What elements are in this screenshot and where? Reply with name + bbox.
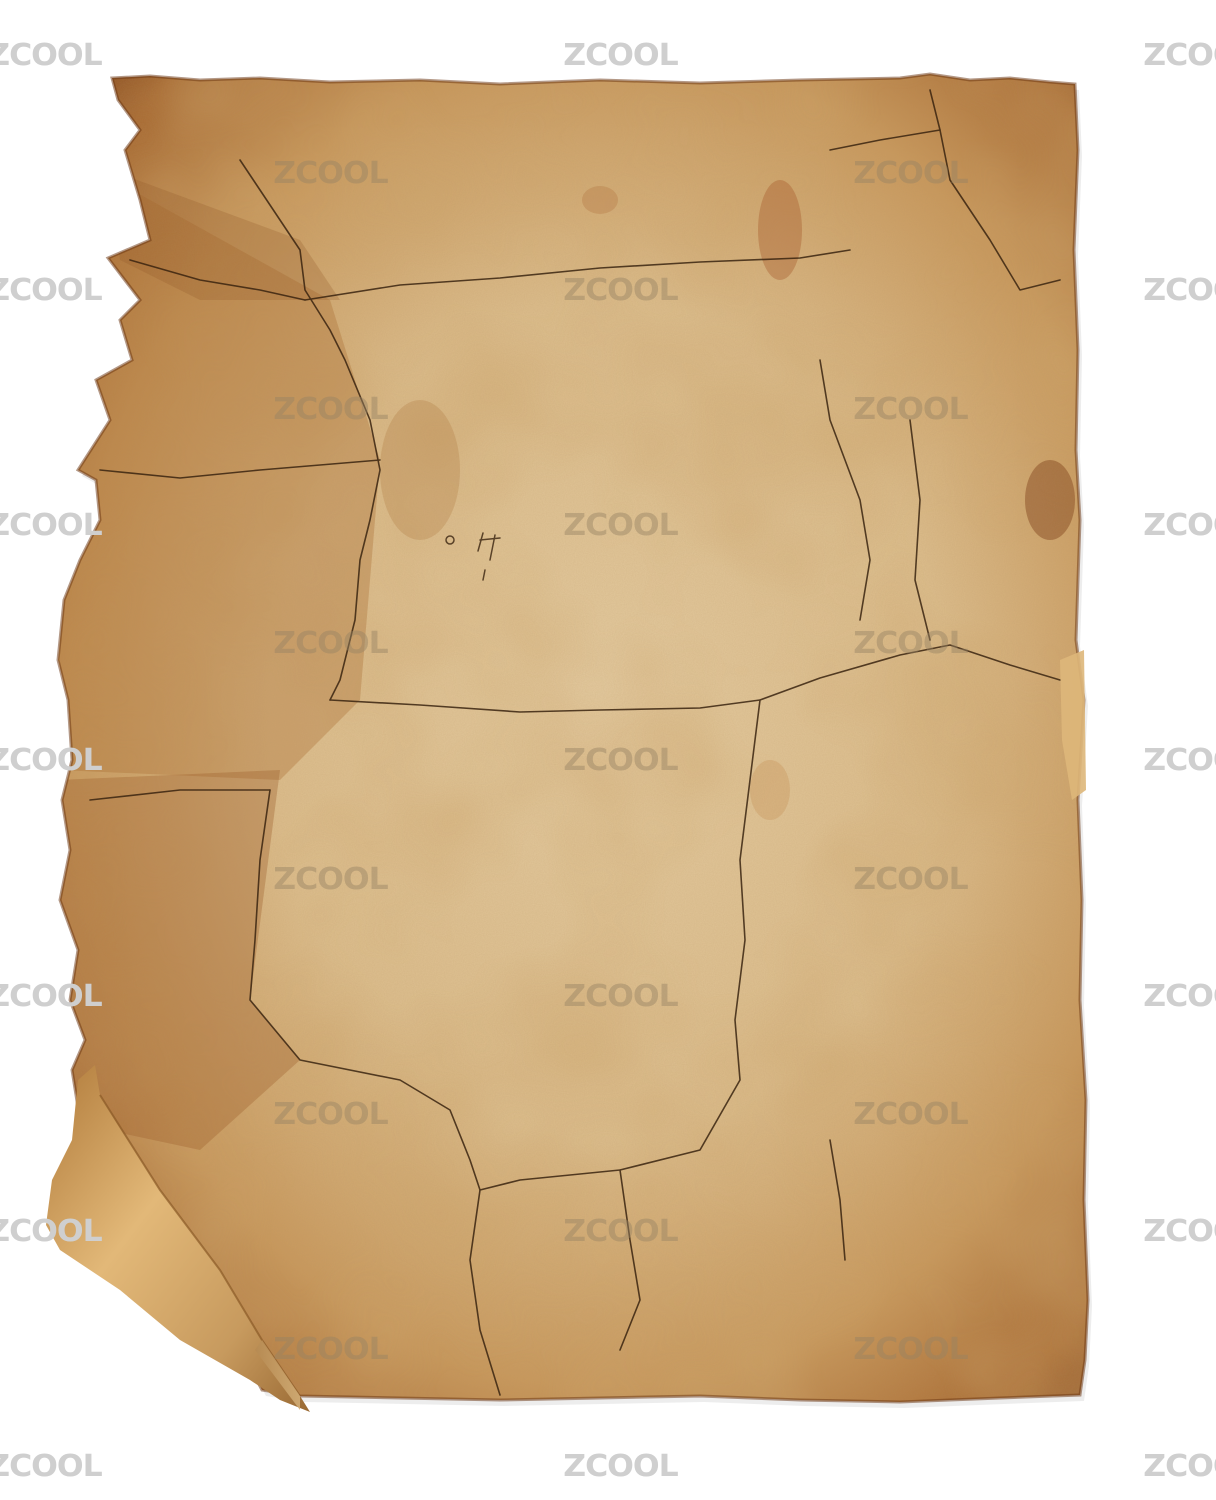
parchment-paper (0, 0, 1216, 1500)
photo-canvas: ZCOOLZCOOLZCOOLZCOOLZCOOLZCOOLZCOOLZCOOL… (0, 0, 1216, 1500)
